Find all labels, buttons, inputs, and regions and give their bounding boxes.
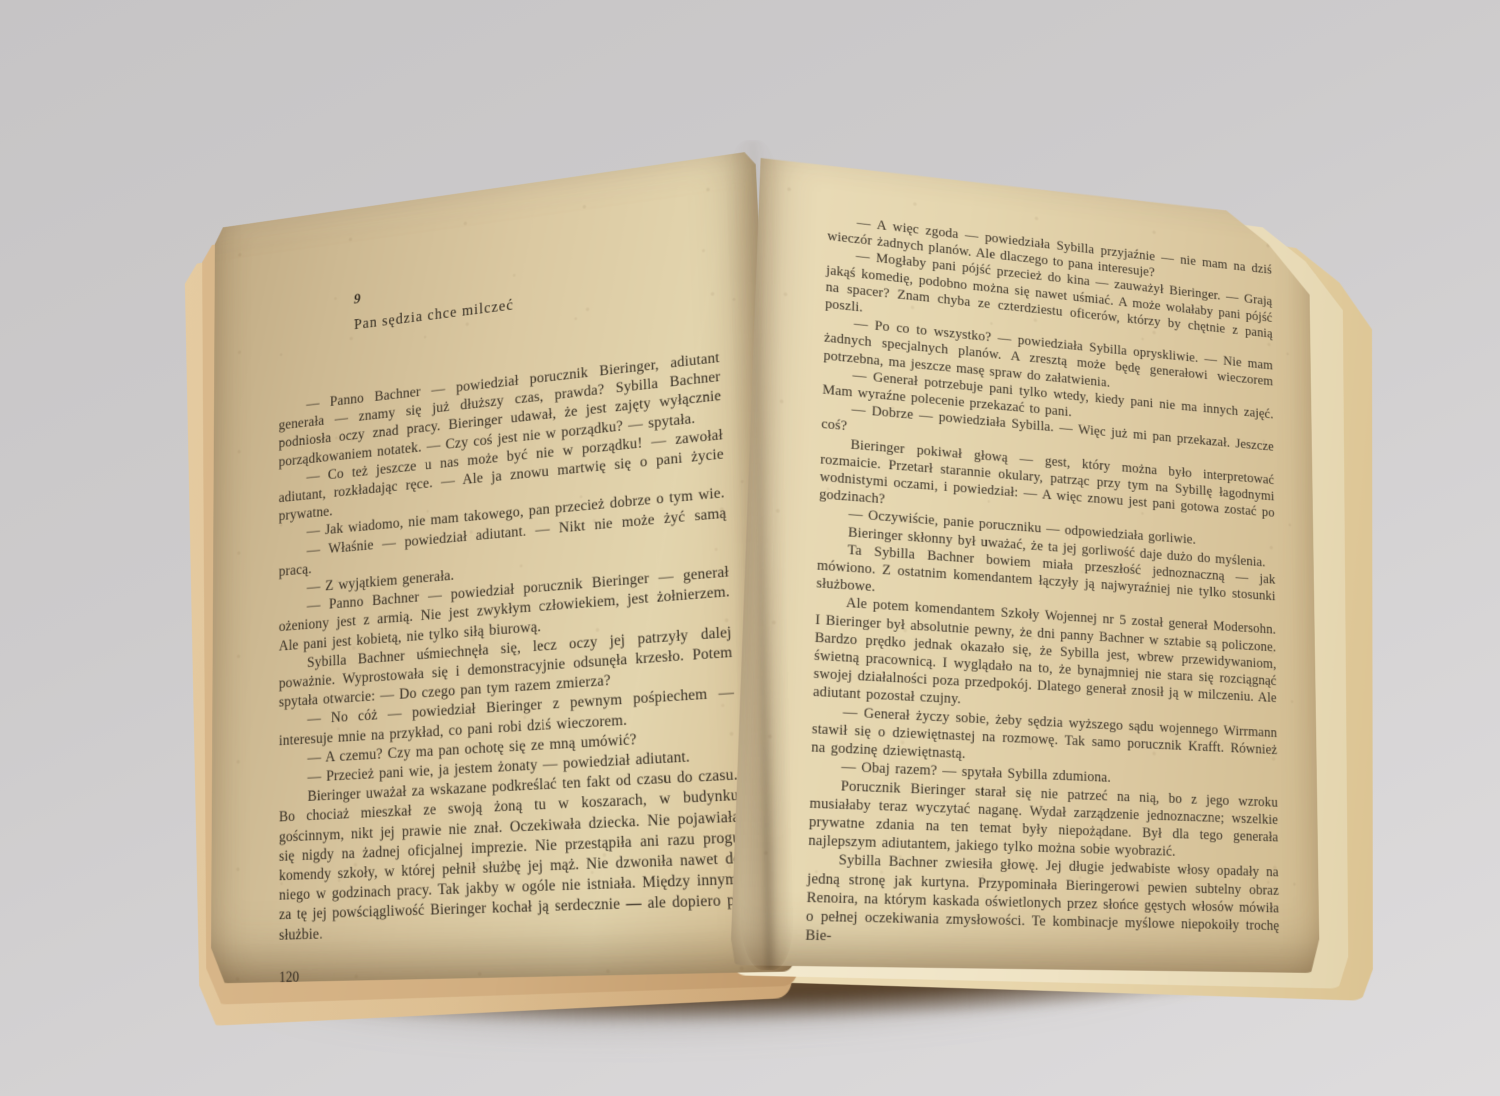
right-page: — A więc zgoda — powiedziała Sybilla prz…: [730, 154, 1320, 974]
paragraph: Bieringer uważał za wskazane podkreślać …: [279, 765, 745, 945]
left-page-text: — Panno Bachner — powiedział porucznik B…: [279, 349, 745, 946]
left-page: 9 Pan sędzia chce milczeć — Panno Bachne…: [211, 151, 795, 984]
book-photo-scene: 9 Pan sędzia chce milczeć — Panno Bachne…: [0, 0, 1500, 1096]
chapter-heading: 9 Pan sędzia chce milczeć: [354, 245, 717, 334]
right-page-text: — A więc zgoda — powiedziała Sybilla prz…: [805, 211, 1279, 953]
paragraph: Sybilla Bachner zwiesiła głowę. Jej dług…: [805, 850, 1279, 953]
